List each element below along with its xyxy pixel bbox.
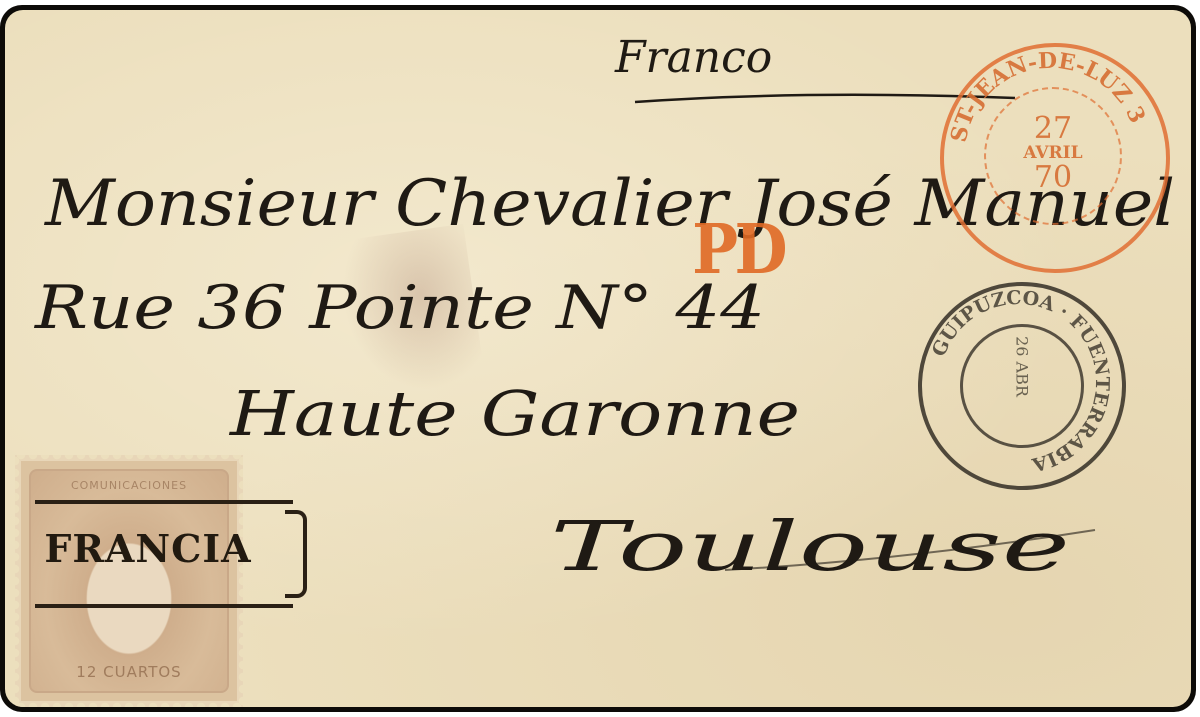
red-postmark-year: 70 — [986, 162, 1120, 194]
address-line-4: Toulouse — [550, 508, 1070, 587]
black-postmark: GUIPUZCOA · FUENTERRABIA 26 ABR — [918, 282, 1126, 490]
black-postmark-inner: 26 ABR — [960, 324, 1084, 448]
stamp-value-text: 12 CUARTOS — [31, 663, 227, 681]
address-line-2: Rue 36 Pointe N° 44 — [34, 273, 765, 343]
red-postmark-inner: 27 AVRIL 70 — [984, 87, 1122, 225]
pd-mark: PD — [692, 210, 784, 290]
envelope: Franco Monsieur Chevalier José Manuel Ru… — [5, 10, 1191, 707]
address-line-3: Haute Garonne — [229, 377, 800, 450]
red-postmark: ST-JEAN-DE-LUZ 3 27 AVRIL 70 — [940, 43, 1170, 273]
red-postmark-day: 27 — [986, 113, 1120, 145]
stamp-top-text: COMUNICACIONES — [31, 479, 227, 492]
francia-text: FRANCIA — [13, 526, 283, 571]
svg-text:Franco: Franco — [614, 32, 772, 83]
francia-handstamp: FRANCIA — [35, 500, 293, 608]
black-postmark-date: 26 ABR — [1013, 308, 1032, 426]
